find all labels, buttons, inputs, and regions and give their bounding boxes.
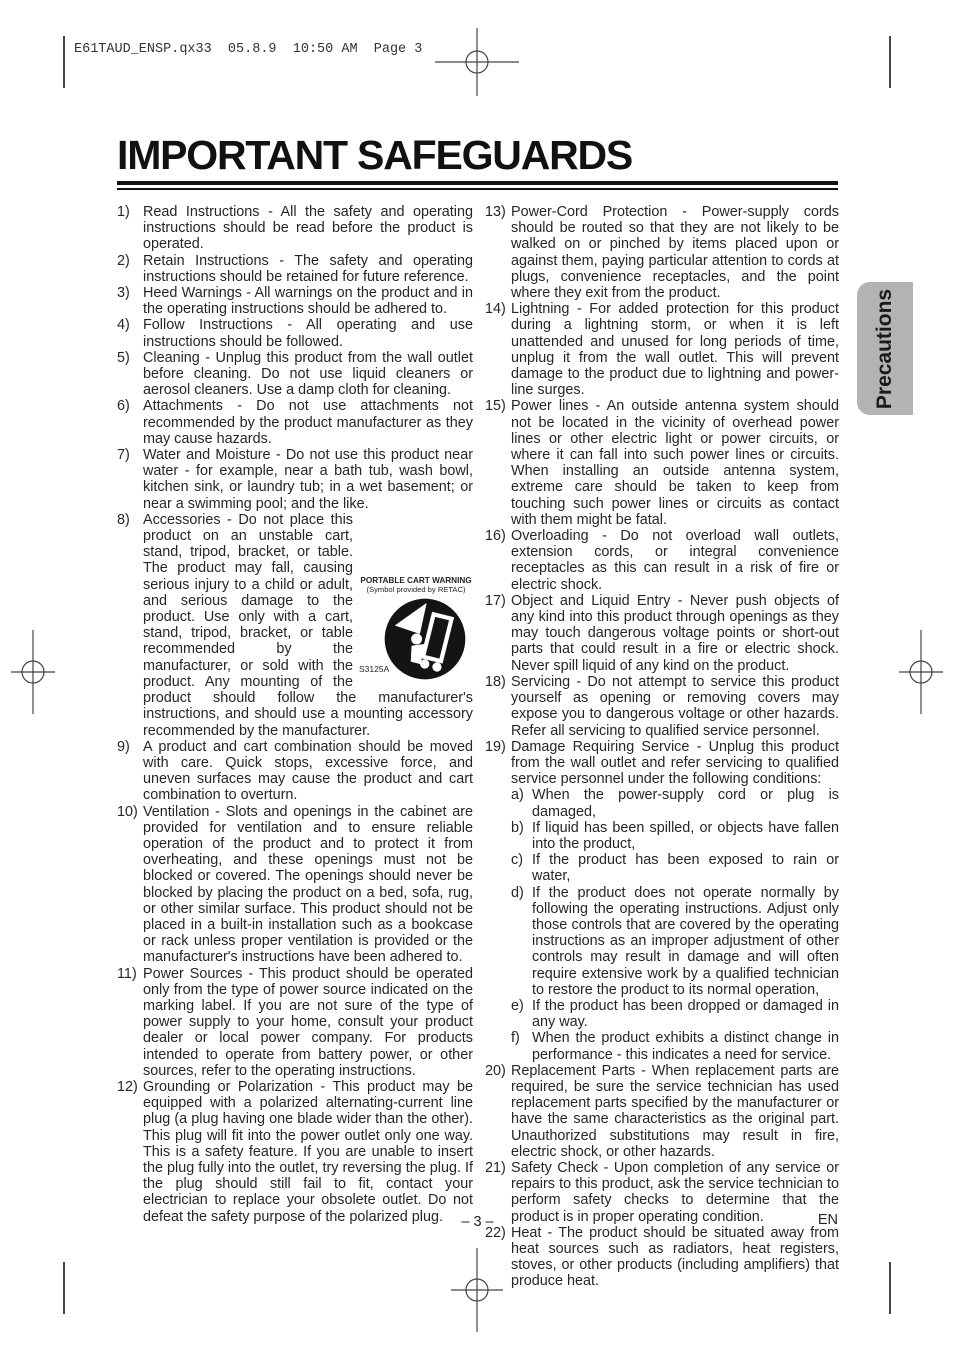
list-item: 4) Follow Instructions - All operating a… [117,317,473,349]
sub-item-letter: e) [511,998,524,1014]
item-number: 12) [117,1079,138,1095]
page-title: IMPORTANT SAFEGUARDS [117,132,632,179]
item-text: Lightning - For added protection for thi… [511,301,839,398]
item-number: 5) [117,350,130,366]
list-item: 22) Heat - The product should be situate… [485,1225,839,1290]
sub-item-text: When the power-supply cord or plug is da… [532,787,839,819]
item-text: Servicing - Do not attempt to service th… [511,674,839,739]
item-text: Ventilation - Slots and openings in the … [143,804,473,966]
list-item: 12) Grounding or Polarization - This pro… [117,1079,473,1225]
list-item: 14) Lightning - For added protection for… [485,301,839,398]
sub-item-text: When the product exhibits a distinct cha… [532,1030,839,1062]
list-item: 13) Power-Cord Protection - Power-supply… [485,204,839,301]
item-number: 17) [485,593,506,609]
item-number: 1) [117,204,130,220]
cart-warning-subheading: (Symbol provided by RETAC) [359,585,473,594]
print-header-file-info: E61TAUD_ENSP.qx33 05.8.9 10:50 AM Page 3 [74,42,422,57]
item-number: 13) [485,204,506,220]
sub-item-letter: d) [511,885,524,901]
sub-item-letter: f) [511,1030,520,1046]
manual-page: { "header": { "file_info": "E61TAUD_ENSP… [0,0,954,1351]
sub-item-letter: b) [511,820,524,836]
item-text: Object and Liquid Entry - Never push obj… [511,593,839,674]
list-item: 3) Heed Warnings - All warnings on the p… [117,285,473,317]
item-text: Damage Requiring Service - Unplug this p… [511,739,839,787]
sub-item-text: If the product has been dropped or damag… [532,998,839,1030]
title-divider [117,181,838,190]
sub-item: a) When the power-supply cord or plug is… [511,787,839,819]
item-number: 16) [485,528,506,544]
cart-warning-code: S3125A [359,661,389,677]
item-text: Cleaning - Unplug this product from the … [143,350,473,398]
crop-tick-icon [889,1262,891,1314]
item-text: Power lines - An outside antenna system … [511,398,839,527]
item-text: Power-Cord Protection - Power-supply cor… [511,204,839,301]
item-number: 15) [485,398,506,414]
sub-item-letter: a) [511,787,524,803]
tipping-cart-warning-icon [383,597,467,681]
item-text: Grounding or Polarization - This product… [143,1079,473,1225]
item-text: Retain Instructions - The safety and ope… [143,253,473,285]
list-item: 10) Ventilation - Slots and openings in … [117,804,473,966]
sub-item: f) When the product exhibits a distinct … [511,1030,839,1062]
item-number: 6) [117,398,130,414]
item-text: Attachments - Do not use attachments not… [143,398,473,446]
crop-tick-icon [63,36,65,88]
sub-item: b) If liquid has been spilled, or object… [511,820,839,852]
item-text: Power Sources - This product should be o… [143,966,473,1079]
item-text: Overloading - Do not overload wall outle… [511,528,839,593]
section-tab-label: Precautions [873,288,897,408]
item-number: 4) [117,317,130,333]
list-item: 6) Attachments - Do not use attachments … [117,398,473,447]
item-number: 8) [117,512,130,528]
list-item: 9) A product and cart combination should… [117,739,473,804]
sub-item: d) If the product does not operate norma… [511,885,839,998]
list-item: 8) PORTABLE CART WARNING (Symbol provide… [117,512,473,739]
item-number: 21) [485,1160,506,1176]
list-item: 15) Power lines - An outside antenna sys… [485,398,839,528]
item-number: 18) [485,674,506,690]
item-number: 14) [485,301,506,317]
sub-item-text: If the product has been exposed to rain … [532,852,839,884]
sub-item-text: If liquid has been spilled, or objects h… [532,820,839,852]
item-text: Water and Moisture - Do not use this pro… [143,447,473,512]
registration-crosshair-icon [879,630,954,714]
item-text: Replacement Parts - When replacement par… [511,1063,839,1160]
item-number: 19) [485,739,506,755]
item-text: Follow Instructions - All operating and … [143,317,473,349]
sub-item: c) If the product has been exposed to ra… [511,852,839,884]
crop-tick-icon [889,36,891,88]
item-text: Read Instructions - All the safety and o… [143,204,473,252]
item-text: Heat - The product should be situated aw… [511,1225,839,1290]
sub-item-text: If the product does not operate normally… [532,885,839,998]
item-number: 20) [485,1063,506,1079]
list-item: 5) Cleaning - Unplug this product from t… [117,350,473,399]
list-item: 20) Replacement Parts - When replacement… [485,1063,839,1160]
registration-crosshair-icon [0,630,75,714]
list-item: 16) Overloading - Do not overload wall o… [485,528,839,593]
sub-item: e) If the product has been dropped or da… [511,998,839,1030]
list-item: 1) Read Instructions - All the safety an… [117,204,473,253]
item-number: 2) [117,253,130,269]
language-code: EN [700,1212,838,1228]
item-text: A product and cart combination should be… [143,739,473,804]
item-number: 9) [117,739,130,755]
list-item: 18) Servicing - Do not attempt to servic… [485,674,839,739]
registration-crosshair-icon [435,20,519,104]
list-item: 11) Power Sources - This product should … [117,966,473,1079]
sub-item-letter: c) [511,852,523,868]
crop-tick-icon [63,1262,65,1314]
safeguards-column-left: 1) Read Instructions - All the safety an… [117,204,473,1225]
item-number: 3) [117,285,130,301]
section-tab-precautions: Precautions [857,282,913,415]
item-text: Heed Warnings - All warnings on the prod… [143,285,473,317]
item-number: 7) [117,447,130,463]
cart-warning-heading: PORTABLE CART WARNING [359,576,473,586]
list-item: 19) Damage Requiring Service - Unplug th… [485,739,839,1063]
item-number: 10) [117,804,138,820]
portable-cart-warning: PORTABLE CART WARNING (Symbol provided b… [359,576,473,682]
list-item: 17) Object and Liquid Entry - Never push… [485,593,839,674]
item-number: 11) [117,966,137,982]
list-item: 7) Water and Moisture - Do not use this … [117,447,473,512]
safeguards-column-right: 13) Power-Cord Protection - Power-supply… [485,204,839,1290]
list-item: 2) Retain Instructions - The safety and … [117,253,473,285]
